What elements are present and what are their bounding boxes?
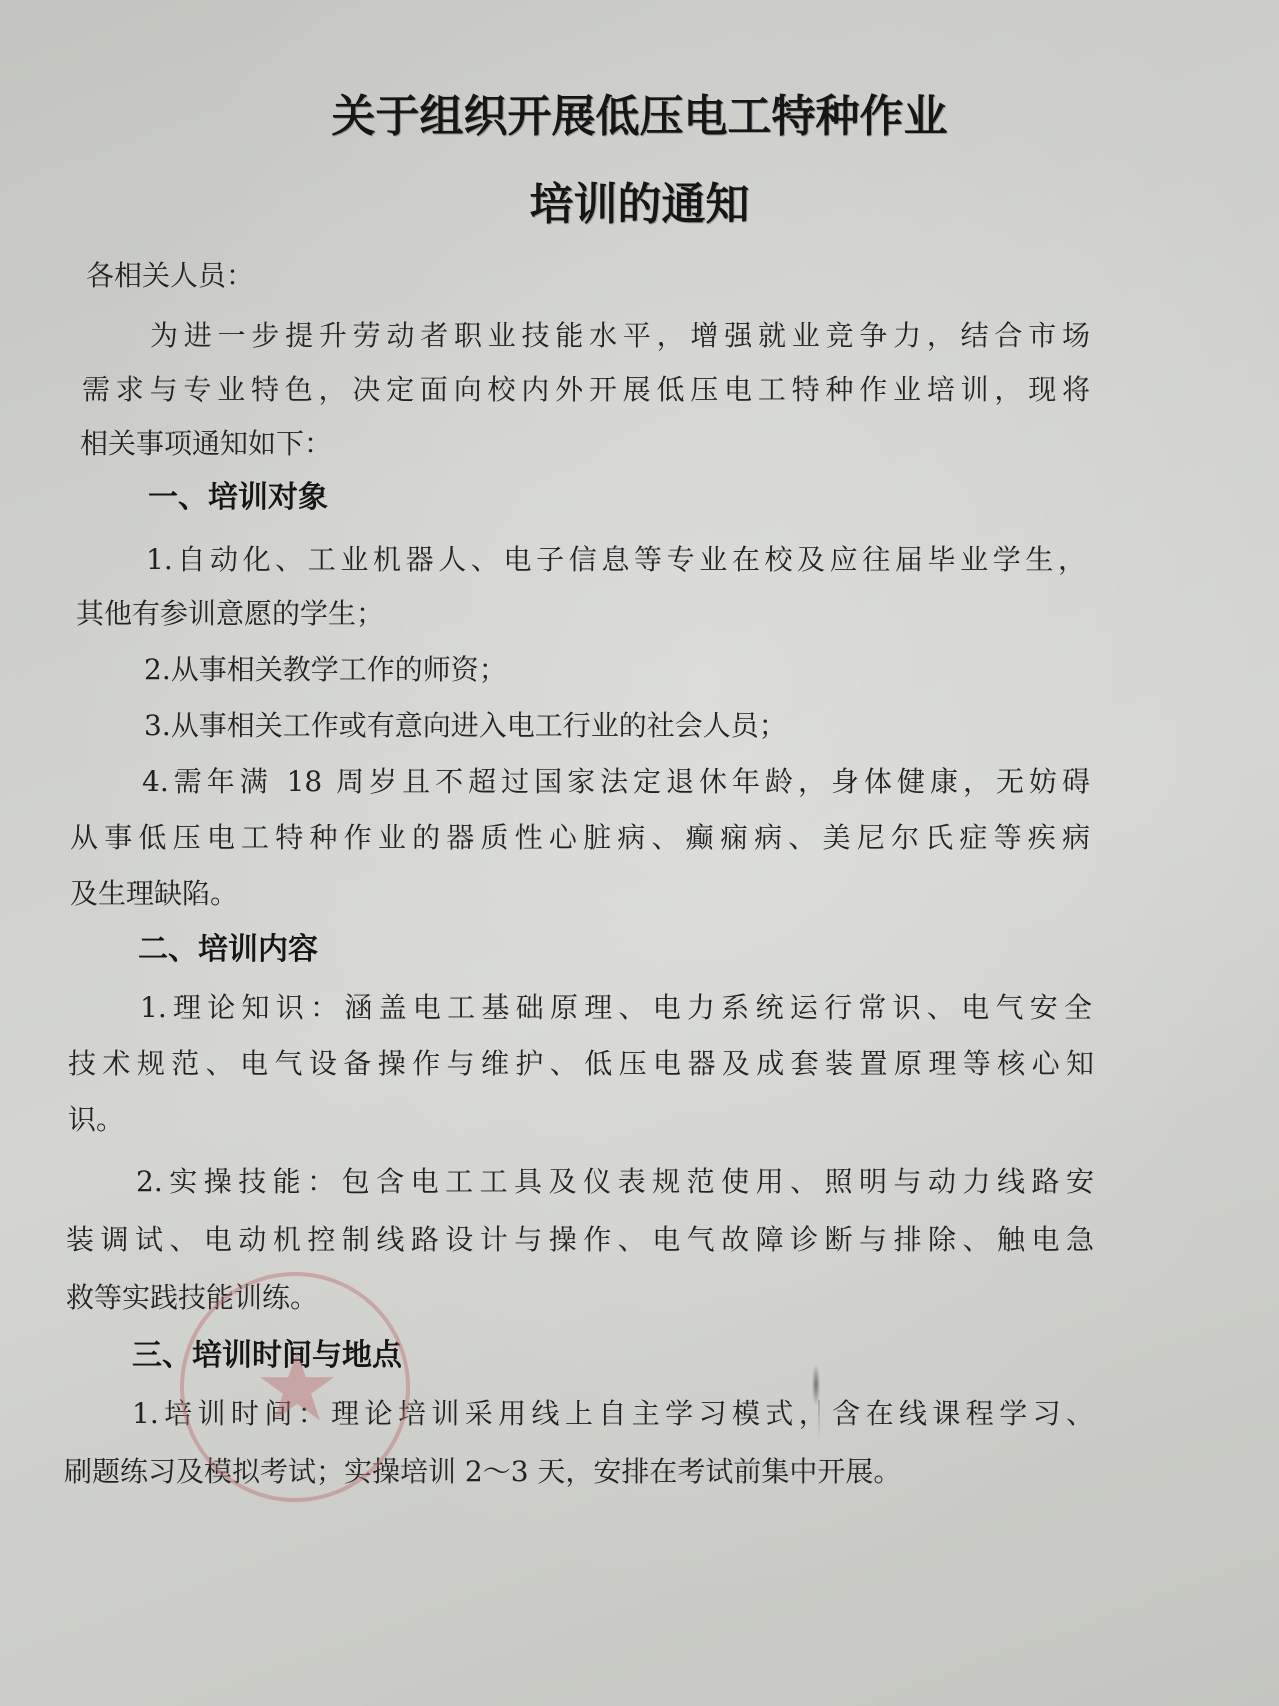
section-heading-1: 一、培训对象 — [148, 480, 328, 516]
section-1-line-1: 1.自动化、工业机器人、电子信息等专业在校及应往届毕业学生， — [146, 542, 1086, 578]
document-title-line-1: 关于组织开展低压电工特种作业 — [0, 80, 1279, 144]
intro-line-1: 为进一步提升劳动者职业技能水平，增强就业竞争力，结合市场 — [150, 318, 1090, 354]
intro-line-2: 需求与专业特色，决定面向校内外开展低压电工特种作业培训，现将 — [82, 372, 1090, 408]
section-1-line-2: 其他有参训意愿的学生； — [76, 596, 384, 632]
section-1-line-7: 及生理缺陷。 — [70, 876, 238, 912]
section-2-line-1: 1.理论知识：涵盖电工基础原理、电力系统运行常识、电气安全 — [140, 990, 1092, 1026]
section-1-line-3: 2.从事相关教学工作的师资； — [144, 652, 507, 688]
section-1-line-4: 3.从事相关工作或有意向进入电工行业的社会人员； — [144, 708, 787, 744]
section-2-line-6: 救等实践技能训练。 — [66, 1280, 318, 1316]
section-heading-2: 二、培训内容 — [138, 932, 318, 968]
section-1-line-6: 从事低压电工特种作业的器质性心脏病、癫痫病、美尼尔氏症等疾病 — [70, 820, 1090, 856]
section-3-line-2: 刷题练习及模拟考试；实操培训 2～3 天，安排在考试前集中开展。 — [64, 1454, 901, 1490]
salutation: 各相关人员： — [86, 258, 254, 294]
section-2-line-3: 识。 — [68, 1102, 124, 1138]
section-3-line-1: 1.培训时间：理论培训采用线上自主学习模式，含在线课程学习、 — [132, 1396, 1094, 1432]
intro-line-3: 相关事项通知如下： — [80, 426, 332, 462]
section-1-line-5: 4.需年满 18 周岁且不超过国家法定退休年龄，身体健康，无妨碍 — [142, 764, 1090, 800]
section-2-line-2: 技术规范、电气设备操作与维护、低压电器及成套装置原理等核心知 — [68, 1046, 1094, 1082]
section-heading-3: 三、培训时间与地点 — [132, 1338, 402, 1374]
section-2-line-5: 装调试、电动机控制线路设计与操作、电气故障诊断与排除、触电急 — [66, 1222, 1094, 1258]
document-title-line-2: 培训的通知 — [0, 168, 1279, 232]
section-2-line-4: 2.实操技能：包含电工工具及仪表规范使用、照明与动力线路安 — [136, 1164, 1094, 1200]
